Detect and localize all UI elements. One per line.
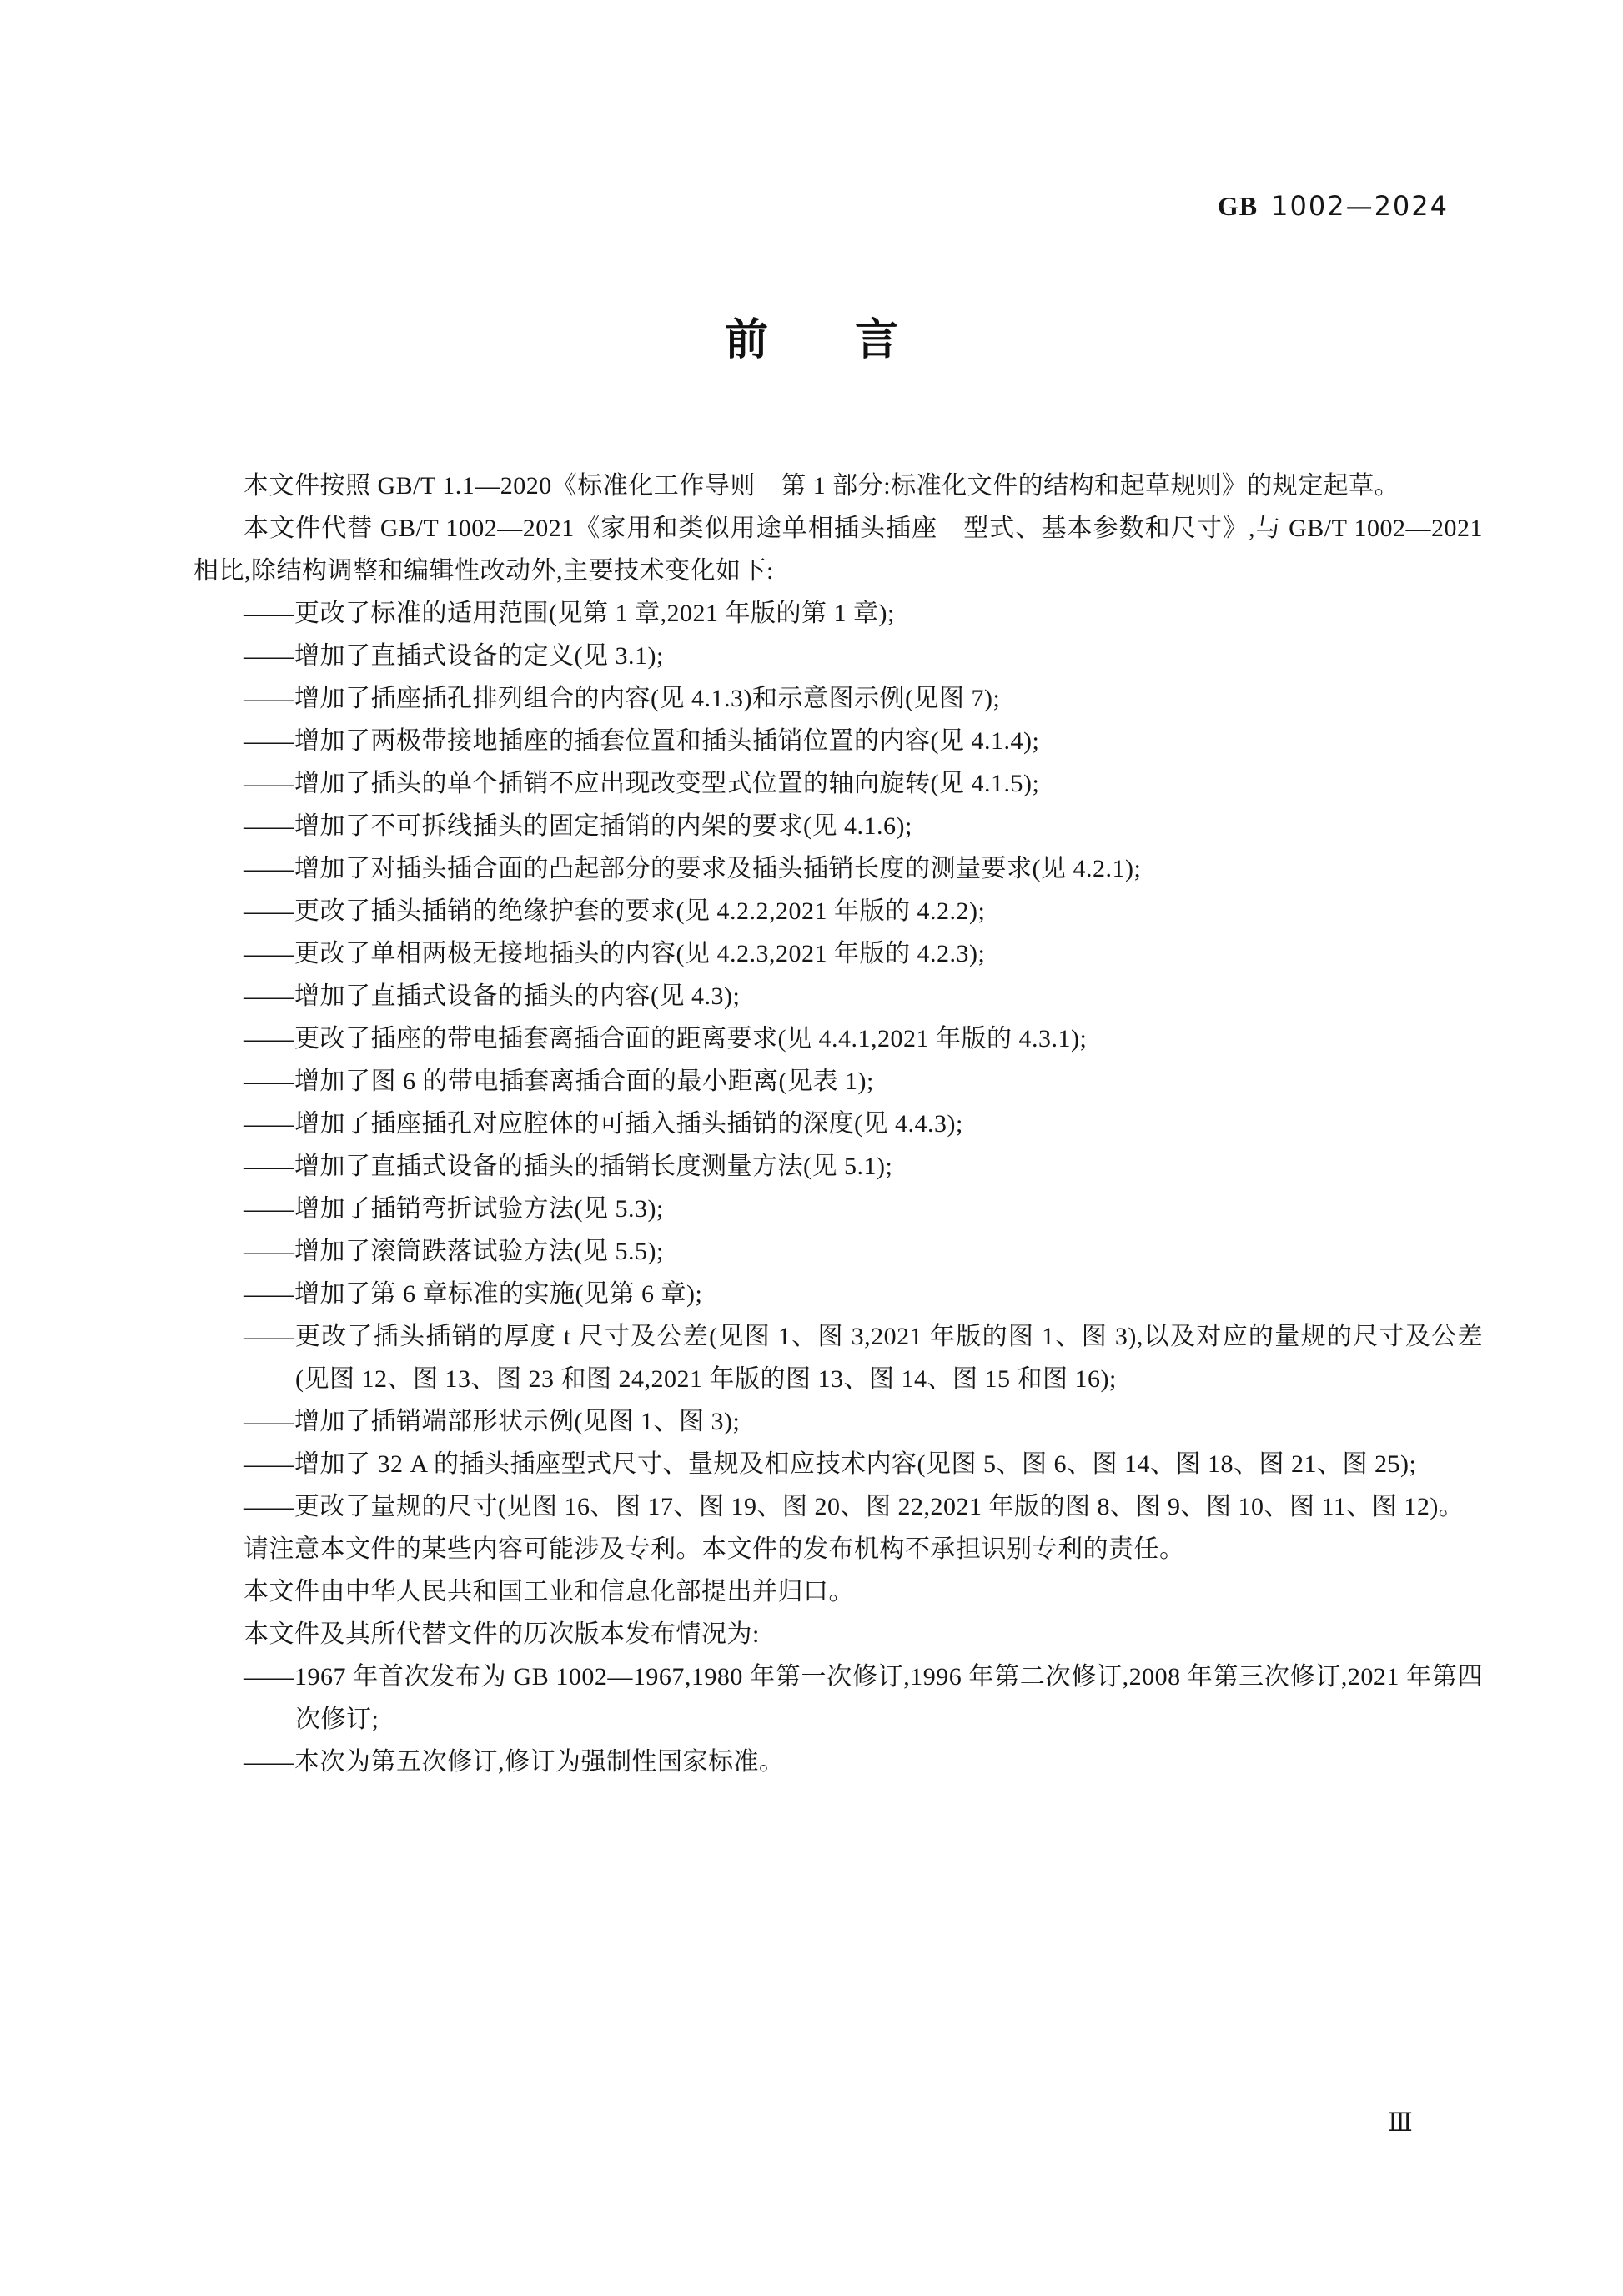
change-list-item: ——本次为第五次修订,修订为强制性国家标准。: [193, 1741, 1483, 1783]
paragraph: 本文件按照 GB/T 1.1—2020《标准化工作导则 第 1 部分:标准化文件…: [193, 465, 1483, 507]
change-list-item: ——更改了插座的带电插套离插合面的距离要求(见 4.4.1,2021 年版的 4…: [193, 1017, 1483, 1060]
document-page: GB1002—2024 前 言 本文件按照 GB/T 1.1—2020《标准化工…: [0, 0, 1623, 2296]
change-list-item: ——增加了直插式设备的定义(见 3.1);: [193, 635, 1483, 677]
change-list-item: ——1967 年首次发布为 GB 1002—1967,1980 年第一次修订,1…: [193, 1655, 1483, 1741]
standard-code-prefix: GB: [1218, 191, 1258, 221]
paragraph: 请注意本文件的某些内容可能涉及专利。本文件的发布机构不承担识别专利的责任。: [193, 1528, 1483, 1570]
change-list-item: ——增加了插头的单个插销不应出现改变型式位置的轴向旋转(见 4.1.5);: [193, 762, 1483, 805]
change-list-item: ——增加了两极带接地插座的插套位置和插头插销位置的内容(见 4.1.4);: [193, 720, 1483, 762]
paragraph: 本文件由中华人民共和国工业和信息化部提出并归口。: [193, 1570, 1483, 1613]
page-number: Ⅲ: [1388, 2108, 1413, 2138]
change-list-item: ——增加了图 6 的带电插套离插合面的最小距离(见表 1);: [193, 1060, 1483, 1103]
change-list-item: ——更改了单相两极无接地插头的内容(见 4.2.3,2021 年版的 4.2.3…: [193, 932, 1483, 975]
change-list-item: ——增加了插座插孔对应腔体的可插入插头插销的深度(见 4.4.3);: [193, 1103, 1483, 1145]
change-list-item: ——增加了插销端部形状示例(见图 1、图 3);: [193, 1400, 1483, 1443]
standard-code: GB1002—2024: [1218, 191, 1449, 221]
change-list-item: ——增加了插座插孔排列组合的内容(见 4.1.3)和示意图示例(见图 7);: [193, 677, 1483, 720]
change-list-item: ——增加了第 6 章标准的实施(见第 6 章);: [193, 1273, 1483, 1315]
change-list-item: ——增加了对插头插合面的凸起部分的要求及插头插销长度的测量要求(见 4.2.1)…: [193, 847, 1483, 890]
change-list-item: ——增加了滚筒跌落试验方法(见 5.5);: [193, 1230, 1483, 1273]
document-body: 本文件按照 GB/T 1.1—2020《标准化工作导则 第 1 部分:标准化文件…: [193, 465, 1483, 1783]
change-list-item: ——增加了 32 A 的插头插座型式尺寸、量规及相应技术内容(见图 5、图 6、…: [193, 1443, 1483, 1485]
change-list-item: ——更改了插头插销的厚度 t 尺寸及公差(见图 1、图 3,2021 年版的图 …: [193, 1315, 1483, 1400]
standard-code-number: 1002—2024: [1271, 190, 1449, 222]
paragraph: 本文件及其所代替文件的历次版本发布情况为:: [193, 1613, 1483, 1655]
change-list-item: ——更改了插头插销的绝缘护套的要求(见 4.2.2,2021 年版的 4.2.2…: [193, 890, 1483, 932]
change-list-item: ——增加了插销弯折试验方法(见 5.3);: [193, 1188, 1483, 1230]
page-title: 前 言: [0, 314, 1623, 367]
paragraph: 本文件代替 GB/T 1002—2021《家用和类似用途单相插头插座 型式、基本…: [193, 507, 1483, 592]
change-list-item: ——更改了标准的适用范围(见第 1 章,2021 年版的第 1 章);: [193, 592, 1483, 635]
change-list-item: ——增加了不可拆线插头的固定插销的内架的要求(见 4.1.6);: [193, 805, 1483, 847]
change-list-item: ——增加了直插式设备的插头的内容(见 4.3);: [193, 975, 1483, 1017]
change-list-item: ——增加了直插式设备的插头的插销长度测量方法(见 5.1);: [193, 1145, 1483, 1188]
change-list-item: ——更改了量规的尺寸(见图 16、图 17、图 19、图 20、图 22,202…: [193, 1485, 1483, 1528]
